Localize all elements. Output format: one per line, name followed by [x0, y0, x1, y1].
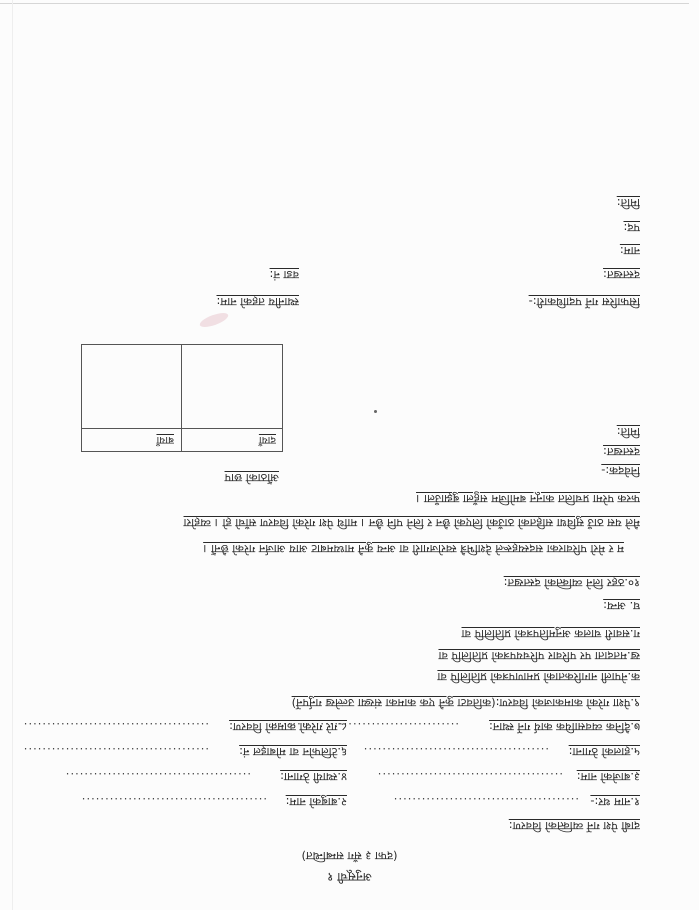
schedule-subtitle: (दफा ३ सँग सम्बन्धित)	[0, 849, 699, 863]
thumbprint-divider	[181, 345, 182, 451]
applicant-label: निवेदक:-	[601, 464, 640, 478]
thumb-right-label: दायाँ	[259, 433, 276, 447]
thumbprint-box: दायाँ बायाँ	[81, 344, 283, 452]
applicant-signature-label: दस्तखत:	[603, 445, 640, 459]
ink-smudge	[198, 310, 230, 330]
field-current-address-blank[interactable]: ........................................	[363, 745, 549, 759]
recommender-post-label: पद:	[623, 221, 640, 235]
doc-driving-license: ग.सवारी चालक अनुमतिपत्रको प्रतिलिपि वा	[462, 627, 641, 641]
field-name-blank[interactable]: ........................................	[393, 795, 579, 809]
field-grandfather-label: ३.बाजेको नाम:	[577, 770, 640, 784]
scanned-form-page: अनुसूची १ (दफा ३ सँग सम्बन्धित) दाबी पेश…	[0, 0, 699, 910]
section-heading: दाबी पेश गर्ने व्यक्तिको विवरण:	[509, 819, 640, 833]
applicant-date-label: मिति:	[617, 425, 640, 439]
declaration-line-1: म र मेरो परिवारका सदस्यहरूले देशभित्रै स…	[203, 542, 624, 556]
witness-signature-label: १०.ठहर लिने व्यक्तिको दस्तखत:	[504, 576, 640, 590]
recommender-label: सिफारिस गर्ने पदाधिकारी:-	[529, 295, 640, 309]
field-permanent-address-label: ४.स्थायी ठेगाना:	[280, 770, 347, 784]
field-work-details-label: ८.गरे गरेको कामको विवरण:	[229, 720, 347, 734]
field-current-address-label: ५.हालको ठेगाना:	[569, 745, 640, 759]
scan-edge-line	[12, 0, 13, 910]
field-permanent-address-blank[interactable]: ........................................	[65, 770, 251, 784]
doc-other: घ. अन्य:	[603, 599, 640, 613]
field-father-blank[interactable]: ........................................	[81, 795, 267, 809]
local-level-label: स्थानीय तहको नाम:	[217, 295, 300, 309]
field-phone-label: ६.टेलिफोन वा मोबाइल नं:	[239, 745, 347, 759]
doc-voter-id: ख.मतदाता पर परिवार परिचयपत्रको प्रतिलिपि…	[438, 649, 640, 663]
field-occupation-label: ९.पेशा गरेको कामकाजको विवरण:(कतिवटा कुनै…	[292, 696, 640, 710]
thumbprint-title: औंठाको छाप	[225, 471, 279, 485]
recommender-date-label: मिति:	[617, 196, 640, 210]
field-grandfather-blank[interactable]: ........................................	[377, 770, 563, 784]
field-father-label: २.बाबुको नाम:	[286, 795, 347, 809]
scan-speck	[374, 410, 377, 413]
thumbprint-header-row	[82, 428, 282, 451]
recommender-name-label: नाम:	[620, 244, 640, 258]
thumb-left-label: बायाँ	[156, 433, 174, 447]
ward-number-label: वडा नं:	[270, 268, 299, 282]
doc-citizenship: क.नेपाली नागरिकताको प्रमाणपत्रको प्रतिलि…	[437, 670, 640, 684]
field-workplace-label: ७.दैनिक व्यवसायिक कार्य गर्ने स्थान:	[489, 720, 640, 734]
field-name-label: १.नाम थर:-	[590, 795, 640, 809]
declaration-line-3: फरक परेमा प्रचलित कानून बमोजिम सहुँला बु…	[416, 492, 640, 506]
recommender-signature-label: दस्तखत:	[603, 268, 640, 282]
schedule-title: अनुसूची १	[0, 870, 699, 884]
field-work-details-blank[interactable]: ........................................	[23, 720, 209, 734]
declaration-line-2: मैले यस ठाउँ सुविधा सहितको ठाउँको लिएको …	[184, 516, 640, 530]
field-phone-blank[interactable]: ........................................	[23, 745, 209, 759]
scan-edge-line	[0, 3, 689, 4]
